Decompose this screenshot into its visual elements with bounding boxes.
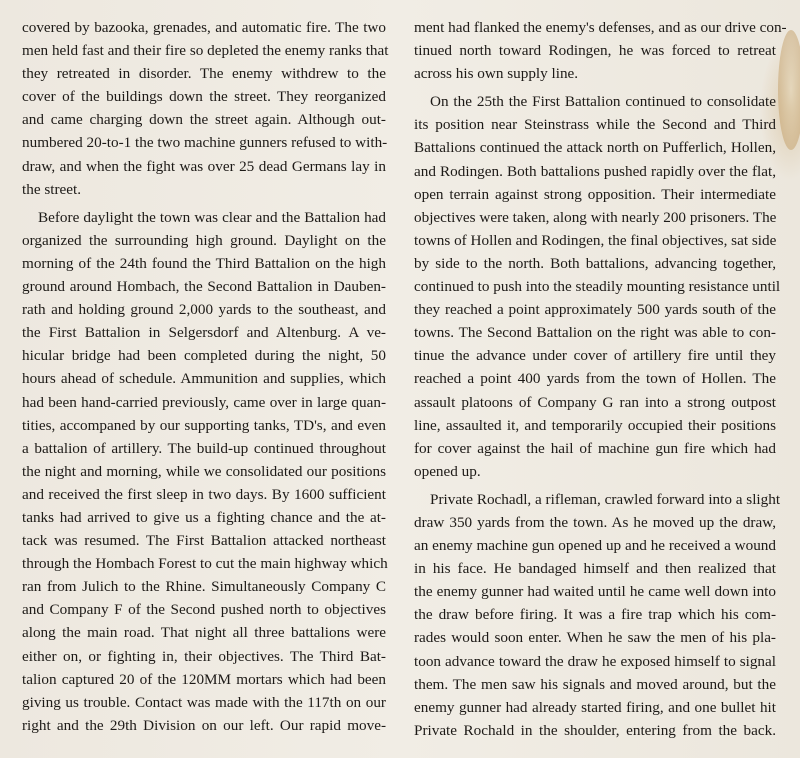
text-line: its position near Steinstrass while the … <box>414 113 776 136</box>
paper-stain <box>778 30 800 150</box>
text-line: organized the surrounding high ground. D… <box>22 229 386 252</box>
text-line: hicular bridge had been completed during… <box>22 344 386 367</box>
text-line: ran from Julich to the Rhine. Simultaneo… <box>22 575 386 598</box>
text-line: tinue the advance under cover of artille… <box>414 344 776 367</box>
text-line: them. The men saw his signals and moved … <box>414 673 776 696</box>
text-line: reached a point 400 yards from the town … <box>414 367 776 390</box>
paragraph-4: On the 25th the First Battalion continue… <box>414 90 776 483</box>
text-line: assault platoons of Company G ran into a… <box>414 391 776 414</box>
text-line: by side to the north. Both battalions, a… <box>414 252 776 275</box>
text-line: either on, or fighting in, their objecti… <box>22 645 386 668</box>
text-line: enemy gunner had already started firing,… <box>414 696 776 719</box>
text-line: towns of Hollen and Rodingen, the final … <box>414 229 776 252</box>
text-line: continued to push into the steadily moun… <box>414 275 776 298</box>
text-line: towns. The Second Battalion on the right… <box>414 321 776 344</box>
text-line: numbered 20-to-1 the two machine gunners… <box>22 131 386 154</box>
scanned-page: covered by bazooka, grenades, and automa… <box>0 0 800 758</box>
text-line: for cover against the hail of machine gu… <box>414 437 776 460</box>
text-line: in his face. He bandaged himself and the… <box>414 557 776 580</box>
text-line: Private Rochadl, a rifleman, crawled for… <box>414 488 776 511</box>
text-line: and Company F of the Second pushed north… <box>22 598 386 621</box>
text-line: covered by bazooka, grenades, and automa… <box>22 16 386 39</box>
text-line: tinued north toward Rodingen, he was for… <box>414 39 776 62</box>
text-line: Private Rochald in the shoulder, enterin… <box>414 719 776 742</box>
text-line: On the 25th the First Battalion continue… <box>414 90 776 113</box>
text-line: the draw before firing. It was a fire tr… <box>414 603 776 626</box>
text-line: they retreated in disorder. The enemy wi… <box>22 62 386 85</box>
text-line: objectives were taken, along with nearly… <box>414 206 776 229</box>
text-line: men held fast and their fire so depleted… <box>22 39 386 62</box>
right-column: ment had flanked the enemy's defenses, a… <box>414 16 776 747</box>
text-line: the street. <box>22 178 386 201</box>
text-line: giving us trouble. Contact was made with… <box>22 691 386 714</box>
text-line: the enemy gunner had waited until he cam… <box>414 580 776 603</box>
paragraph-1: covered by bazooka, grenades, and automa… <box>22 16 386 201</box>
text-line: morning of the 24th found the Third Batt… <box>22 252 386 275</box>
text-line: talion captured 20 of the 120MM mortars … <box>22 668 386 691</box>
text-line: had been hand-carried previously, came o… <box>22 391 386 414</box>
text-line: Before daylight the town was clear and t… <box>22 206 386 229</box>
text-line: draw 350 yards from the town. As he move… <box>414 511 776 534</box>
text-line: rath and holding ground 2,000 yards to t… <box>22 298 386 321</box>
text-line: the First Battalion in Selgersdorf and A… <box>22 321 386 344</box>
text-line: an enemy machine gun opened up and he re… <box>414 534 776 557</box>
text-line: tities, accompaned by our supporting tan… <box>22 414 386 437</box>
text-line: Battalions continued the attack north on… <box>414 136 776 159</box>
text-line: through the Hombach Forest to cut the ma… <box>22 552 386 575</box>
text-line: open terrain against strong opposition. … <box>414 183 776 206</box>
text-line: and received the first sleep in two days… <box>22 483 386 506</box>
text-line: ment had flanked the enemy's defenses, a… <box>414 16 776 39</box>
text-line: they reached a point approximately 500 y… <box>414 298 776 321</box>
text-line: cover of the buildings down the street. … <box>22 85 386 108</box>
text-line: ground around Hombach, the Second Battal… <box>22 275 386 298</box>
paragraph-2: Before daylight the town was clear and t… <box>22 206 386 737</box>
text-line: and came charging down the street again.… <box>22 108 386 131</box>
text-line: a battalion of artillery. The build-up c… <box>22 437 386 460</box>
text-line: and Rodingen. Both battalions pushed rap… <box>414 160 776 183</box>
text-line: toon advance toward the draw he exposed … <box>414 650 776 673</box>
text-line: rades would soon enter. When he saw the … <box>414 626 776 649</box>
text-line: tack was resumed. The First Battalion at… <box>22 529 386 552</box>
text-line: line, assaulted it, and temporarily occu… <box>414 414 776 437</box>
text-line: the night and morning, while we consolid… <box>22 460 386 483</box>
text-line: opened up. <box>414 460 776 483</box>
paragraph-3: ment had flanked the enemy's defenses, a… <box>414 16 776 85</box>
text-line: right and the 29th Division on our left.… <box>22 714 386 737</box>
text-line: draw, and when the fight was over 25 dea… <box>22 155 386 178</box>
text-line: across his own supply line. <box>414 62 776 85</box>
text-line: hours ahead of schedule. Ammunition and … <box>22 367 386 390</box>
text-line: tanks had arrived to give us a fighting … <box>22 506 386 529</box>
paragraph-5: Private Rochadl, a rifleman, crawled for… <box>414 488 776 742</box>
text-line: along the main road. That night all thre… <box>22 621 386 644</box>
left-column: covered by bazooka, grenades, and automa… <box>22 16 386 742</box>
